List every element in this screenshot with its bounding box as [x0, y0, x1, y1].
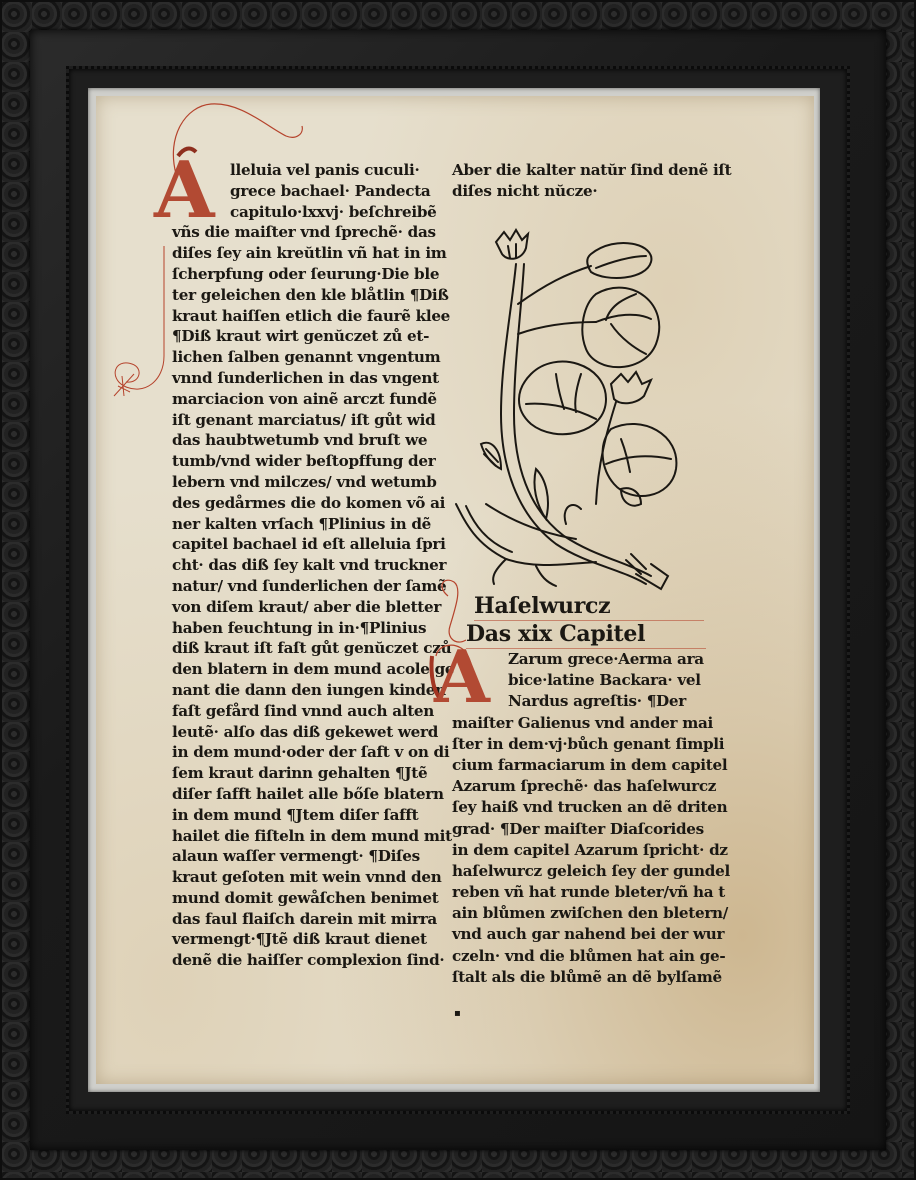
picture-frame: A lleluia vel panis cuculi· grece bachae…	[0, 0, 916, 1180]
text-line: diſes ſey ain kreŭtlin vñ hat in im	[172, 243, 432, 264]
text-line: iſt genant marciatus/ iſt gůt wid	[172, 410, 432, 431]
text-line: Aber die kalter natŭr ſind denẽ iſt	[452, 160, 712, 181]
text-line: hailet die fiſteln in dem mund mit	[172, 826, 432, 847]
text-line: ſcherpfung oder ſeurung·Die ble	[172, 264, 432, 285]
chapter-title: Haſelwurcz	[474, 592, 645, 620]
manuscript-page: A lleluia vel panis cuculi· grece bachae…	[96, 96, 814, 1084]
haselwurz-woodcut-illustration	[446, 224, 686, 594]
text-line: das haubtwetumb vnd bruſt we	[172, 430, 432, 451]
text-line: ſey haiß vnd trucken an dẽ driten	[452, 797, 712, 818]
text-line: faſt gefård ſind vnnd auch alten	[172, 701, 432, 722]
text-line: in dem capitel Azarum ſpricht· dz	[452, 840, 712, 861]
text-line: vermengt·¶Jtẽ diß kraut dienet	[172, 929, 432, 950]
text-line: grad· ¶Der maiſter Diaſcorides	[452, 819, 712, 840]
text-line: reben vñ hat runde bleter/vñ ha t	[452, 882, 712, 903]
text-line: ſtalt als die blůmẽ an dẽ bylſamẽ	[452, 967, 712, 988]
text-line: von diſem kraut/ aber die bletter	[172, 597, 432, 618]
text-line: in dem mund·oder der ſaft v on di	[172, 742, 432, 763]
text-line: ter geleichen den kle blåtlin ¶Diß	[172, 285, 432, 306]
text-line: lichen ſalben genannt vngentum	[172, 347, 432, 368]
text-line: Zarum grece·Aerma ara	[452, 649, 712, 670]
text-line: ¶Diß kraut wirt genŭczet zů et-	[172, 326, 432, 347]
text-line: maiſter Galienus vnd ander mai	[452, 713, 712, 734]
text-line: czeln· vnd die blůmen hat ain ge-	[452, 946, 712, 967]
text-line: vnd auch gar nahend bei der wur	[452, 924, 712, 945]
text-line: capitel bachael id eſt alleluia ſpri	[172, 534, 432, 555]
text-line: leutẽ· alſo das diß gekewet werd	[172, 722, 432, 743]
text-line: den blatern in dem mund acole ge	[172, 659, 432, 680]
text-line: vnnd ſunderlichen in das vngent	[172, 368, 432, 389]
text-line: cht· das diß ſey kalt vnd truckner	[172, 555, 432, 576]
text-line: denẽ die haiſſer complexion ſind·	[172, 950, 432, 971]
text-line: cium farmaciarum in dem capitel	[452, 755, 712, 776]
ink-speck: ▪	[454, 1008, 461, 1019]
text-line: des gedårmes die do komen võ ai	[172, 493, 432, 514]
text-line: natur/ vnd ſunderlichen der ſamẽ	[172, 576, 432, 597]
text-line: ſter in dem·vj·bůch genant ſimpli	[452, 734, 712, 755]
text-line: haſelwurcz geleich ſey der gundel	[452, 861, 712, 882]
left-column: lleluia vel panis cuculi· grece bachael·…	[172, 160, 432, 971]
right-column: Zarum grece·Aerma ara bice·latine Backar…	[452, 649, 712, 988]
rubric-flourish-margin-icon	[104, 246, 174, 416]
chapter-number: Das xix Capitel	[466, 620, 645, 648]
text-line: alaun waſſer vermengt· ¶Diſes	[172, 846, 432, 867]
text-line: ner kalten vrſach ¶Plinius in dẽ	[172, 514, 432, 535]
text-line: marciacion von ainẽ arczt fundẽ	[172, 389, 432, 410]
text-line: bice·latine Backara· vel	[452, 670, 712, 691]
text-line: nant die dann den iungen kinden	[172, 680, 432, 701]
text-line: grece bachael· Pandecta	[172, 181, 432, 202]
text-line: Nardus agreſtis· ¶Der	[452, 691, 712, 712]
text-line: Azarum ſprechẽ· das haſelwurcz	[452, 776, 712, 797]
text-line: das faul flaiſch darein mit mirra	[172, 909, 432, 930]
text-line: haben feuchtung in in·¶Plinius	[172, 618, 432, 639]
text-line: tumb/vnd wider beſtopffung der	[172, 451, 432, 472]
text-line: mund domit gewåſchen benimet	[172, 888, 432, 909]
text-line: diß kraut iſt faſt gůt genŭczet czů	[172, 638, 432, 659]
rubric-underline	[474, 620, 704, 621]
text-line: ſem kraut darinn gehalten ¶Jtẽ	[172, 763, 432, 784]
text-line: diſes nicht nŭcze·	[452, 181, 712, 202]
text-line: capitulo·lxxvj· beſchreibẽ	[172, 202, 432, 223]
right-column-top: Aber die kalter natŭr ſind denẽ iſt diſe…	[452, 160, 712, 202]
text-line: diſer ſafft hailet alle bőſe blatern	[172, 784, 432, 805]
text-line: ain blůmen zwiſchen den bletern/	[452, 903, 712, 924]
text-line: in dem mund ¶Jtem diſer ſafft	[172, 805, 432, 826]
text-line: vñs die maiſter vnd ſprechẽ· das	[172, 222, 432, 243]
text-line: kraut geſoten mit wein vnnd den	[172, 867, 432, 888]
text-line: kraut haiſſen etlich die faurẽ klee	[172, 306, 432, 327]
text-line: lebern vnd milczes/ vnd wetumb	[172, 472, 432, 493]
text-line: lleluia vel panis cuculi·	[172, 160, 432, 181]
